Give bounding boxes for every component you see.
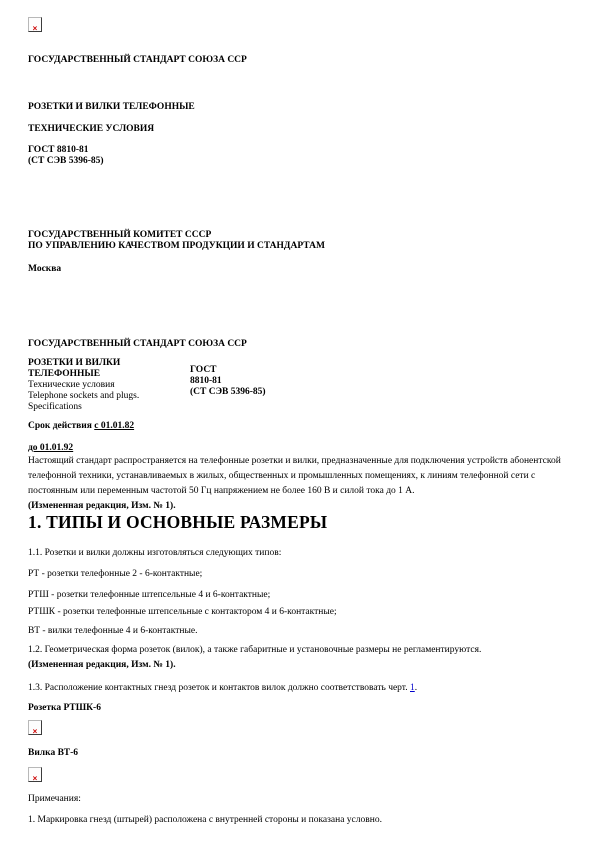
note-1: 1. Маркировка гнезд (штырей) расположена… [28, 815, 567, 826]
city-label: Москва [28, 264, 567, 275]
amendment-note-2: (Измененная редакция, Изм. № 1). [28, 660, 567, 671]
broken-image-icon: × [28, 720, 42, 735]
title-name-ru: РОЗЕТКИ И ВИЛКИ ТЕЛЕФОННЫЕ [28, 358, 190, 380]
broken-image-x-icon: × [33, 774, 38, 783]
figure-1-caption: Розетка РТШК-6 [28, 703, 567, 714]
clause-1-1: 1.1. Розетки и вилки должны изготовлятьс… [28, 548, 567, 559]
committee-line-2: ПО УПРАВЛЕНИЮ КАЧЕСТВОМ ПРОДУКЦИИ И СТАН… [28, 241, 567, 252]
title-code-line-2: 8810-81 [190, 376, 266, 387]
title-name-en-1: Telephone sockets and plugs. [28, 391, 190, 402]
broken-image-x-icon: × [33, 727, 38, 736]
masthead-doc-subtitle: ТЕХНИЧЕСКИЕ УСЛОВИЯ [28, 124, 567, 135]
figure-2-placeholder: × [28, 767, 567, 785]
type-item-rtsh: РТШ - розетки телефонные штепсельные 4 и… [28, 590, 567, 601]
committee-line-1: ГОСУДАРСТВЕННЫЙ КОМИТЕТ СССР [28, 230, 567, 241]
clause-1-2: 1.2. Геометрическая форма розеток (вилок… [28, 645, 567, 656]
committee-block: ГОСУДАРСТВЕННЫЙ КОМИТЕТ СССР ПО УПРАВЛЕН… [28, 230, 567, 252]
figure-1-placeholder: × [28, 720, 567, 738]
broken-image-x-icon: × [33, 24, 38, 33]
titleblock-standard-label: ГОСУДАРСТВЕННЫЙ СТАНДАРТ СОЮЗА ССР [28, 339, 567, 350]
title-code-line-1: ГОСТ [190, 365, 266, 376]
figure-2-caption: Вилка ВТ-6 [28, 748, 567, 759]
title-block-names: РОЗЕТКИ И ВИЛКИ ТЕЛЕФОННЫЕ Технические у… [28, 358, 190, 413]
masthead-gost-code: ГОСТ 8810-81 [28, 145, 567, 156]
validity-from-link[interactable]: с 01.01.82 [94, 421, 134, 431]
title-code-line-3: (СТ СЭВ 5396-85) [190, 387, 266, 398]
title-name-en-2: Specifications [28, 402, 190, 413]
type-item-vt: ВТ - вилки телефонные 4 и 6-контактные. [28, 626, 567, 637]
validity-to-link[interactable]: до 01.01.92 [28, 443, 73, 453]
title-block-code: ГОСТ 8810-81 (СТ СЭВ 5396-85) [190, 358, 266, 398]
amendment-note-1: (Измененная редакция, Изм. № 1). [28, 501, 567, 512]
title-name-ru-sub: Технические условия [28, 380, 190, 391]
validity-label: Срок действия [28, 421, 92, 431]
type-item-rt: РТ - розетки телефонные 2 - 6-контактные… [28, 569, 567, 580]
validity-from-line: Срок действия с 01.01.82 [28, 421, 567, 432]
validity-to-line: до 01.01.92 [28, 443, 567, 454]
clause-1-3-text: 1.3. Расположение контактных гнезд розет… [28, 683, 410, 693]
document-page: × ГОСУДАРСТВЕННЫЙ СТАНДАРТ СОЮЗА ССР РОЗ… [0, 0, 595, 826]
masthead-doc-title: РОЗЕТКИ И ВИЛКИ ТЕЛЕФОННЫЕ [28, 102, 567, 113]
section-1-heading: 1. ТИПЫ И ОСНОВНЫЕ РАЗМЕРЫ [28, 512, 567, 532]
title-block: РОЗЕТКИ И ВИЛКИ ТЕЛЕФОННЫЕ Технические у… [28, 358, 567, 413]
type-item-rtshk: РТШК - розетки телефонные штепсельные с … [28, 607, 567, 618]
clause-1-3: 1.3. Расположение контактных гнезд розет… [28, 683, 567, 694]
masthead-gost-sev: (СТ СЭВ 5396-85) [28, 156, 567, 167]
notes-label: Примечания: [28, 794, 567, 805]
broken-image-icon: × [28, 17, 42, 32]
scope-paragraph: Настоящий стандарт распространяется на т… [28, 454, 567, 499]
masthead-gost-code-block: ГОСТ 8810-81 (СТ СЭВ 5396-85) [28, 145, 567, 167]
broken-image-icon: × [28, 767, 42, 782]
masthead-standard-label: ГОСУДАРСТВЕННЫЙ СТАНДАРТ СОЮЗА ССР [28, 55, 567, 66]
clause-1-3-period: . [415, 683, 417, 693]
